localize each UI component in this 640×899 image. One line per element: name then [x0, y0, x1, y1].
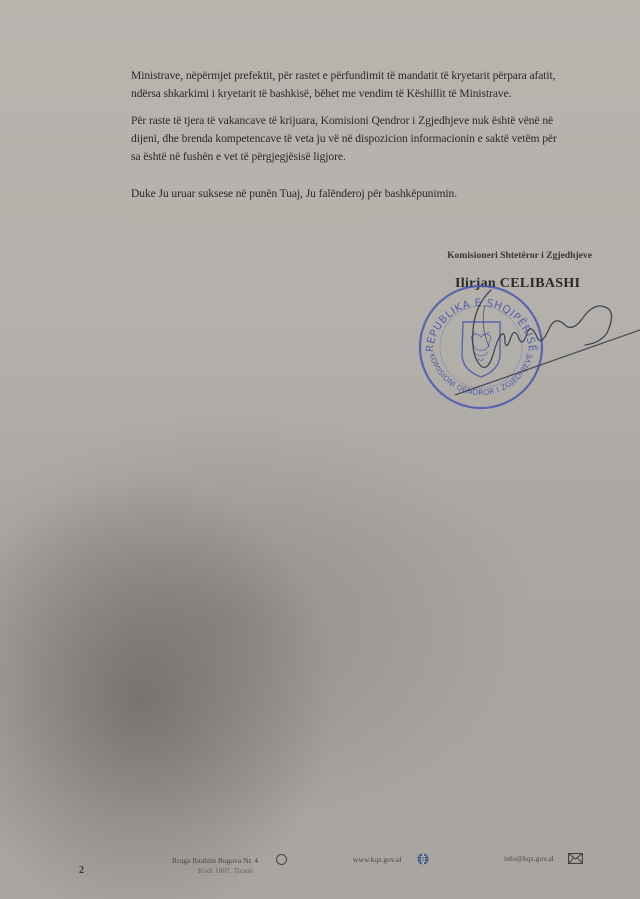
paragraph-line: Ministrave, nëpërmjet prefektit, për ras… [131, 67, 601, 85]
paragraph-line: ndërsa shkarkimi i kryetarit të bashkisë… [131, 85, 601, 103]
signature [445, 285, 640, 395]
email-link[interactable]: info@kqz.gov.al [504, 854, 554, 863]
address: Rruga Ibrahim Rugova Nr. 4 Kodi 1007, Ti… [172, 856, 258, 876]
website-link[interactable]: www.kqz.gov.al [353, 855, 401, 864]
address-line: Kodi 1007, Tiranë [172, 866, 258, 876]
globe-icon [417, 853, 429, 865]
location-icon [276, 854, 287, 865]
paragraph-line: Për raste të tjera të vakancave të kriju… [131, 112, 601, 130]
signer-title: Komisioneri Shtetëror i Zgjedhjeve [447, 250, 592, 261]
letterhead-footer: 2 Rruga Ibrahim Rugova Nr. 4 Kodi 1007, … [0, 848, 640, 888]
paragraph-vacancies: Për raste të tjera të vakancave të kriju… [131, 112, 601, 166]
address-line: Rruga Ibrahim Rugova Nr. 4 [172, 856, 258, 866]
page-number: 2 [79, 865, 84, 876]
envelope-icon [568, 853, 583, 864]
closing-paragraph: Duke Ju uruar suksese në punën Tuaj, Ju … [131, 185, 601, 203]
paragraph-ministry: Ministrave, nëpërmjet prefektit, për ras… [131, 67, 601, 103]
paragraph-line: sa është në fushën e vet të përgjegjësis… [131, 148, 601, 166]
document-page: Ministrave, nëpërmjet prefektit, për ras… [0, 0, 640, 899]
paragraph-line: dijeni, dhe brenda kompetencave të veta … [131, 130, 601, 148]
